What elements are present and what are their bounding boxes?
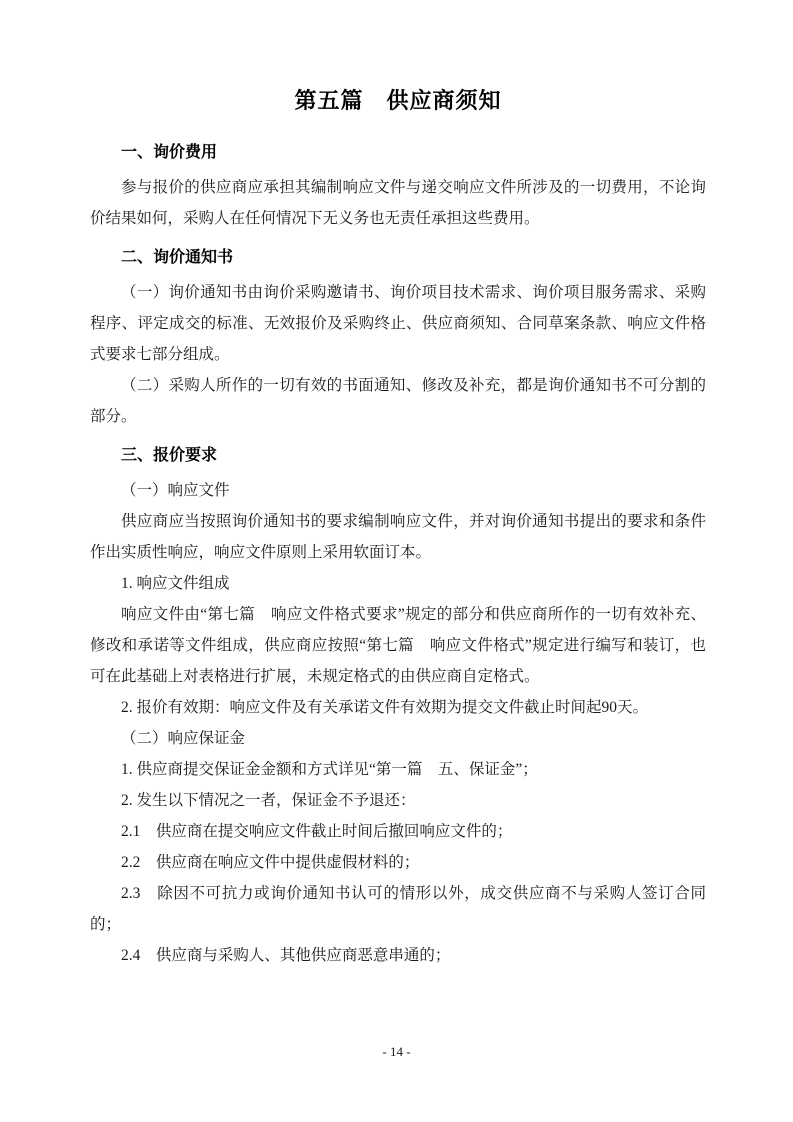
paragraph: 2. 报价有效期：响应文件及有关承诺文件有效期为提交文件截止时间起90天。	[90, 692, 706, 723]
paragraph: 2.1 供应商在提交响应文件截止时间后撤回响应文件的；	[90, 816, 706, 847]
paragraph: （二）采购人所作的一切有效的书面通知、修改及补充，都是询价通知书不可分割的部分。	[90, 370, 706, 432]
paragraph: 参与报价的供应商应承担其编制响应文件与递交响应文件所涉及的一切费用，不论询价结果…	[90, 172, 706, 234]
doc-title: 第五篇 供应商须知	[90, 84, 706, 115]
section-heading-1: 一、询价费用	[90, 137, 706, 168]
section-heading-3: 三、报价要求	[90, 440, 706, 471]
section-heading-2: 二、询价通知书	[90, 242, 706, 273]
paragraph: 2. 发生以下情况之一者，保证金不予退还：	[90, 785, 706, 816]
page-content: 第五篇 供应商须知 一、询价费用 参与报价的供应商应承担其编制响应文件与递交响应…	[90, 84, 706, 971]
paragraph: （一）询价通知书由询价采购邀请书、询价项目技术需求、询价项目服务需求、采购程序、…	[90, 277, 706, 370]
paragraph: 2.2 供应商在响应文件中提供虚假材料的；	[90, 847, 706, 878]
paragraph: 供应商应当按照询价通知书的要求编制响应文件，并对询价通知书提出的要求和条件作出实…	[90, 506, 706, 568]
paragraph: 1. 供应商提交保证金金额和方式详见“第一篇 五、保证金”；	[90, 754, 706, 785]
paragraph: （二）响应保证金	[90, 723, 706, 754]
paragraph: 响应文件由“第七篇 响应文件格式要求”规定的部分和供应商所作的一切有效补充、修改…	[90, 599, 706, 692]
page-number: - 14 -	[0, 1044, 793, 1060]
paragraph: 2.3 除因不可抗力或询价通知书认可的情形以外，成交供应商不与采购人签订合同的；	[90, 878, 706, 940]
document-page: 第五篇 供应商须知 一、询价费用 参与报价的供应商应承担其编制响应文件与递交响应…	[0, 0, 793, 1122]
paragraph: （一）响应文件	[90, 475, 706, 506]
paragraph: 1. 响应文件组成	[90, 568, 706, 599]
paragraph: 2.4 供应商与采购人、其他供应商恶意串通的；	[90, 940, 706, 971]
